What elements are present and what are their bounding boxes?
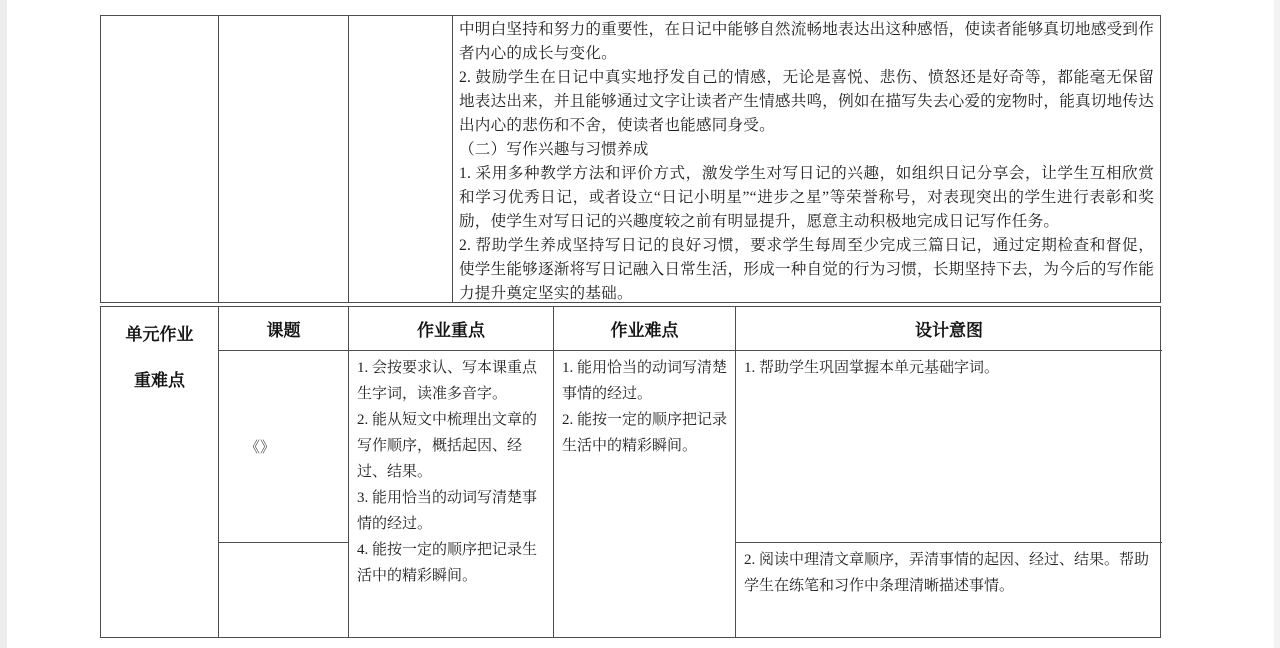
paragraph: 2. 帮助学生养成坚持写日记的良好习惯，要求学生每周至少完成三篇日记，通过定期检…: [459, 234, 1154, 302]
header-design-intent-label: 设计意图: [915, 316, 983, 341]
unit-homework-label-cell: 单元作业 重难点: [101, 307, 219, 637]
topic-title: 《》: [245, 436, 275, 457]
page-edge-left: [0, 0, 7, 648]
topic-cell: 《》: [219, 351, 349, 543]
focus-item: 3. 能用恰当的动词写清楚事情的经过。: [357, 485, 546, 537]
design-intent-cell-1: 1. 帮助学生巩固掌握本单元基础字词。: [736, 351, 1162, 543]
header-homework-focus-label: 作业重点: [417, 316, 485, 341]
header-homework-difficulty: 作业难点: [554, 307, 736, 351]
header-topic-label: 课题: [267, 316, 301, 341]
design-intent-item-2: 2. 阅读中理清文章顺序，弄清事情的起因、经过、结果。帮助学生在练笔和习作中条理…: [744, 552, 1149, 594]
difficulty-item: 2. 能按一定的顺序把记录生活中的精彩瞬间。: [562, 407, 728, 459]
upper-empty-cell-2: [219, 16, 349, 302]
focus-item: 1. 会按要求认、写本课重点生字词，读准多音字。: [357, 355, 546, 407]
design-intent-cell-2: 2. 阅读中理清文章顺序，弄清事情的起因、经过、结果。帮助学生在练笔和习作中条理…: [736, 543, 1162, 637]
header-design-intent: 设计意图: [736, 307, 1162, 351]
paragraph: 2. 鼓励学生在日记中真实地抒发自己的情感，无论是喜悦、悲伤、愤怒还是好奇等，都…: [459, 66, 1154, 138]
paragraph: 中明白坚持和努力的重要性，在日记中能够自然流畅地表达出这种感悟，使读者能够真切地…: [459, 18, 1154, 66]
unit-homework-label-line2: 重难点: [101, 358, 218, 404]
homework-difficulty-cell: 1. 能用恰当的动词写清楚事情的经过。2. 能按一定的顺序把记录生活中的精彩瞬间…: [554, 351, 736, 637]
homework-focus-cell: 1. 会按要求认、写本课重点生字词，读准多音字。2. 能从短文中梳理出文章的写作…: [349, 351, 554, 637]
topic-cell-empty: [219, 543, 349, 637]
header-topic: 课题: [219, 307, 349, 351]
difficulty-item: 1. 能用恰当的动词写清楚事情的经过。: [562, 355, 728, 407]
header-homework-focus: 作业重点: [349, 307, 554, 351]
design-intent-item-1: 1. 帮助学生巩固掌握本单元基础字词。: [744, 360, 999, 376]
focus-item: 4. 能按一定的顺序把记录生活中的精彩瞬间。: [357, 537, 546, 589]
header-homework-difficulty-label: 作业难点: [611, 316, 679, 341]
unit-homework-table: 单元作业 重难点 课题 作业重点 作业难点 设计意图 《》 1. 会按要求认、写…: [100, 306, 1161, 638]
upper-empty-cell-1: [101, 16, 219, 302]
focus-item: 2. 能从短文中梳理出文章的写作顺序，概括起因、经过、结果。: [357, 407, 546, 485]
page-edge-right: [1274, 0, 1280, 648]
diary-teaching-goals-text-cell: 中明白坚持和努力的重要性，在日记中能够自然流畅地表达出这种感悟，使读者能够真切地…: [453, 16, 1161, 302]
upper-empty-cell-3: [349, 16, 453, 302]
upper-continuation-table: 中明白坚持和努力的重要性，在日记中能够自然流畅地表达出这种感悟，使读者能够真切地…: [100, 15, 1161, 303]
paragraph: （二）写作兴趣与习惯养成: [459, 138, 1154, 162]
paragraph: 1. 采用多种教学方法和评价方式，激发学生对写日记的兴趣，如组织日记分享会，让学…: [459, 162, 1154, 234]
unit-homework-label-line1: 单元作业: [101, 312, 218, 358]
